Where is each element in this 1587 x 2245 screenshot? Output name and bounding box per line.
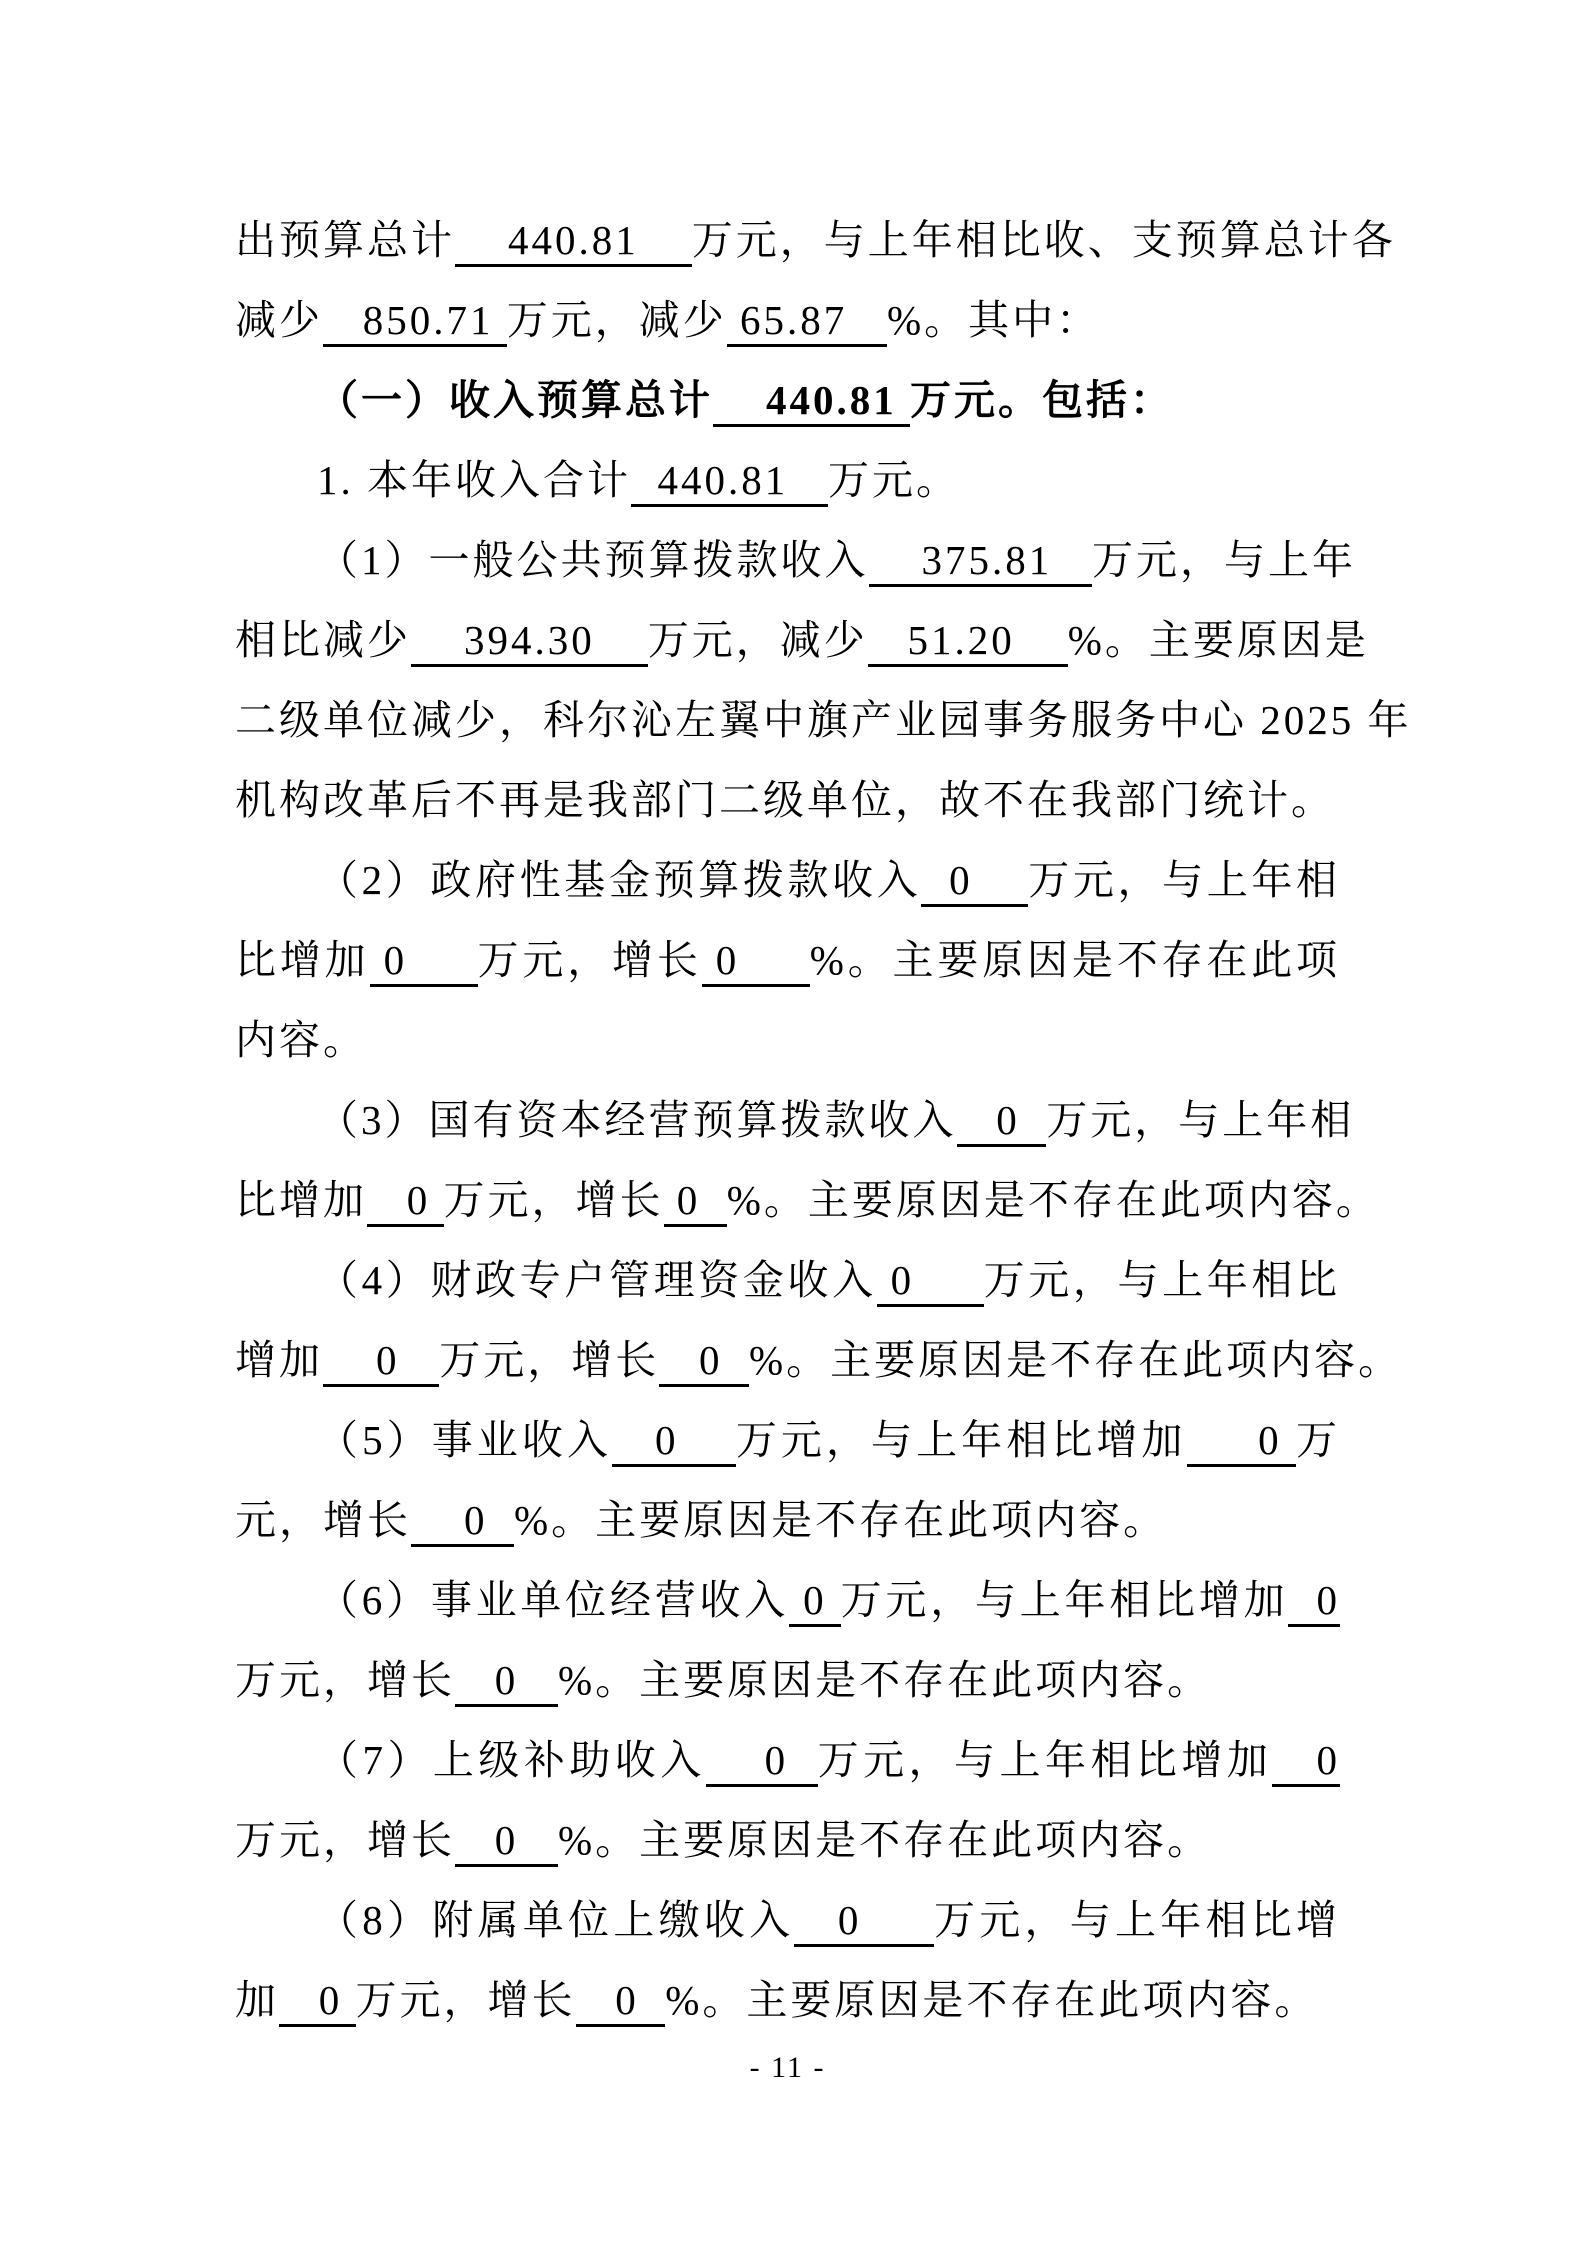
text-segment: 万元，与上年相 — [1028, 857, 1340, 903]
text-segment: %。主要原因是不存在此项内容。 — [514, 1497, 1167, 1543]
text-line: 机构改革后不再是我部门二级单位，故不在我部门统计。 — [235, 760, 1340, 840]
text-segment: （6）事业单位经营收入 — [317, 1577, 789, 1623]
text-segment: 机构改革后不再是我部门二级单位，故不在我部门统计。 — [235, 777, 1335, 823]
text-segment: 二级单位减少，科尔沁左翼中旗产业园事务服务中心 2025 年 — [235, 697, 1412, 743]
text-line: （7）上级补助收入 0 万元，与上年相比增加 0 — [235, 1720, 1340, 1800]
underlined-blank: 0 — [455, 1817, 558, 1867]
text-segment: 相比减少 — [235, 617, 411, 663]
text-segment: （5）事业收入 — [317, 1417, 612, 1463]
underlined-blank: 440.81 — [455, 217, 692, 267]
text-line: 增加 0 万元，增长 0 %。主要原因是不存在此项内容。 — [235, 1320, 1340, 1400]
text-segment: 万元，与上年相比增加 — [841, 1577, 1289, 1623]
underlined-blank: 0 — [1272, 1737, 1340, 1787]
text-segment: 1. 本年收入合计 — [317, 457, 631, 503]
text-segment: %。主要原因是不存在此项 — [810, 937, 1340, 983]
text-line: （5）事业收入 0 万元，与上年相比增加 0 万 — [235, 1400, 1340, 1480]
text-segment: （4）财政专户管理资金收入 — [317, 1257, 877, 1303]
text-segment: 万元，与上年相比 — [984, 1257, 1340, 1303]
text-line: 内容。 — [235, 1000, 1340, 1080]
text-segment: 万元，增长 — [235, 1657, 455, 1703]
text-line: 元，增长 0 %。主要原因是不存在此项内容。 — [235, 1480, 1340, 1560]
text-segment: （2）政府性基金预算拨款收入 — [317, 857, 921, 903]
text-line: 加 0 万元，增长 0 %。主要原因是不存在此项内容。 — [235, 1960, 1340, 2040]
underlined-blank: 0 — [957, 1097, 1047, 1147]
text-segment: 出预算总计 — [235, 217, 455, 263]
text-segment: 元，增长 — [235, 1497, 411, 1543]
underlined-blank: 0 — [794, 1897, 934, 1947]
text-segment: 万元，与上年相比增加 — [736, 1417, 1187, 1463]
text-line: （4）财政专户管理资金收入 0 万元，与上年相比 — [235, 1240, 1340, 1320]
underlined-blank: 0 — [921, 857, 1028, 907]
text-segment: 内容。 — [235, 1017, 367, 1063]
underlined-blank: 375.81 — [869, 537, 1093, 587]
text-segment: %。主要原因是不存在此项内容。 — [749, 1337, 1402, 1383]
text-segment: 万元，增长 — [235, 1817, 455, 1863]
text-segment: 万元，与上年相 — [1046, 1097, 1354, 1143]
underlined-blank: 440.81 — [631, 457, 828, 507]
text-segment: 万元。包括： — [910, 377, 1174, 423]
text-segment: （3）国有资本经营预算拨款收入 — [317, 1097, 957, 1143]
text-segment: 万元，与上年 — [1092, 537, 1356, 583]
text-segment: %。主要原因是不存在此项内容。 — [665, 1977, 1318, 2023]
underlined-blank: 0 — [1187, 1417, 1296, 1467]
underlined-blank: 0 — [877, 1257, 984, 1307]
text-segment: %。主要原因是不存在此项内容。 — [727, 1177, 1380, 1223]
text-segment: 万 — [1296, 1417, 1340, 1463]
underlined-blank: 0 — [659, 1337, 749, 1387]
text-line: 二级单位减少，科尔沁左翼中旗产业园事务服务中心 2025 年 — [235, 680, 1340, 760]
text-segment: 减少 — [235, 297, 323, 343]
underlined-blank: 0 — [455, 1657, 558, 1707]
text-segment: %。主要原因是不存在此项内容。 — [558, 1657, 1211, 1703]
text-segment: 万元，与上年相比增 — [934, 1897, 1340, 1943]
text-line: （8）附属单位上缴收入 0 万元，与上年相比增 — [235, 1880, 1340, 1960]
text-segment: 比增加 — [235, 937, 370, 983]
underlined-blank: 394.30 — [411, 617, 648, 667]
text-segment: %。主要原因是 — [1068, 617, 1369, 663]
text-segment: 万元，减少 — [507, 297, 727, 343]
underlined-blank: 440.81 — [713, 377, 910, 427]
text-line: （3）国有资本经营预算拨款收入 0 万元，与上年相 — [235, 1080, 1340, 1160]
underlined-blank: 0 — [706, 1737, 818, 1787]
text-line: 出预算总计 440.81 万元，与上年相比收、支预算总计各 — [235, 200, 1340, 280]
underlined-blank: 65.87 — [727, 297, 887, 347]
text-segment: 万元，增长 — [439, 1337, 659, 1383]
document-page: 出预算总计 440.81 万元，与上年相比收、支预算总计各减少 850.71 万… — [0, 0, 1587, 2245]
text-segment: 万元，增长 — [444, 1177, 664, 1223]
text-segment: 万元，与上年相比增加 — [818, 1737, 1273, 1783]
text-line: （一）收入预算总计 440.81 万元。包括： — [235, 360, 1340, 440]
text-segment: （一）收入预算总计 — [317, 377, 713, 423]
underlined-blank: 0 — [370, 937, 478, 987]
underlined-blank: 0 — [576, 1977, 666, 2027]
underlined-blank: 51.20 — [868, 617, 1068, 667]
text-line: 万元，增长 0 %。主要原因是不存在此项内容。 — [235, 1640, 1340, 1720]
text-segment: 加 — [235, 1977, 279, 2023]
text-line: （1）一般公共预算拨款收入 375.81 万元，与上年 — [235, 520, 1340, 600]
underlined-blank: 0 — [367, 1177, 444, 1227]
text-segment: （8）附属单位上缴收入 — [317, 1897, 794, 1943]
text-segment: （1）一般公共预算拨款收入 — [317, 537, 869, 583]
underlined-blank: 0 — [279, 1977, 356, 2027]
text-segment: 万元，增长 — [478, 937, 702, 983]
underlined-blank: 0 — [1288, 1577, 1340, 1627]
underlined-blank: 0 — [789, 1577, 841, 1627]
text-line: （2）政府性基金预算拨款收入 0 万元，与上年相 — [235, 840, 1340, 920]
underlined-blank: 0 — [702, 937, 810, 987]
underlined-blank: 0 — [411, 1497, 514, 1547]
underlined-blank: 0 — [664, 1177, 727, 1227]
text-line: 减少 850.71 万元，减少 65.87 %。其中： — [235, 280, 1340, 360]
text-line: 万元，增长 0 %。主要原因是不存在此项内容。 — [235, 1800, 1340, 1880]
text-segment: %。其中： — [887, 297, 1100, 343]
text-segment: %。主要原因是不存在此项内容。 — [558, 1817, 1211, 1863]
text-line: 1. 本年收入合计 440.81 万元。 — [235, 440, 1340, 520]
text-line: （6）事业单位经营收入 0 万元，与上年相比增加 0 — [235, 1560, 1340, 1640]
underlined-blank: 0 — [612, 1417, 736, 1467]
text-line: 相比减少 394.30 万元，减少 51.20 %。主要原因是 — [235, 600, 1340, 680]
page-number: - 11 - — [235, 2038, 1340, 2098]
document-body: 出预算总计 440.81 万元，与上年相比收、支预算总计各减少 850.71 万… — [235, 200, 1340, 2040]
text-segment: 万元，增长 — [356, 1977, 576, 2023]
text-segment: （7）上级补助收入 — [317, 1737, 706, 1783]
text-segment: 万元，与上年相比收、支预算总计各 — [692, 217, 1396, 263]
text-segment: 比增加 — [235, 1177, 367, 1223]
text-segment: 万元，减少 — [648, 617, 868, 663]
text-line: 比增加 0 万元，增长 0 %。主要原因是不存在此项内容。 — [235, 1160, 1340, 1240]
text-segment: 万元。 — [828, 457, 960, 503]
text-line: 比增加 0 万元，增长 0 %。主要原因是不存在此项 — [235, 920, 1340, 1000]
underlined-blank: 850.71 — [323, 297, 507, 347]
underlined-blank: 0 — [323, 1337, 439, 1387]
text-segment: 增加 — [235, 1337, 323, 1383]
